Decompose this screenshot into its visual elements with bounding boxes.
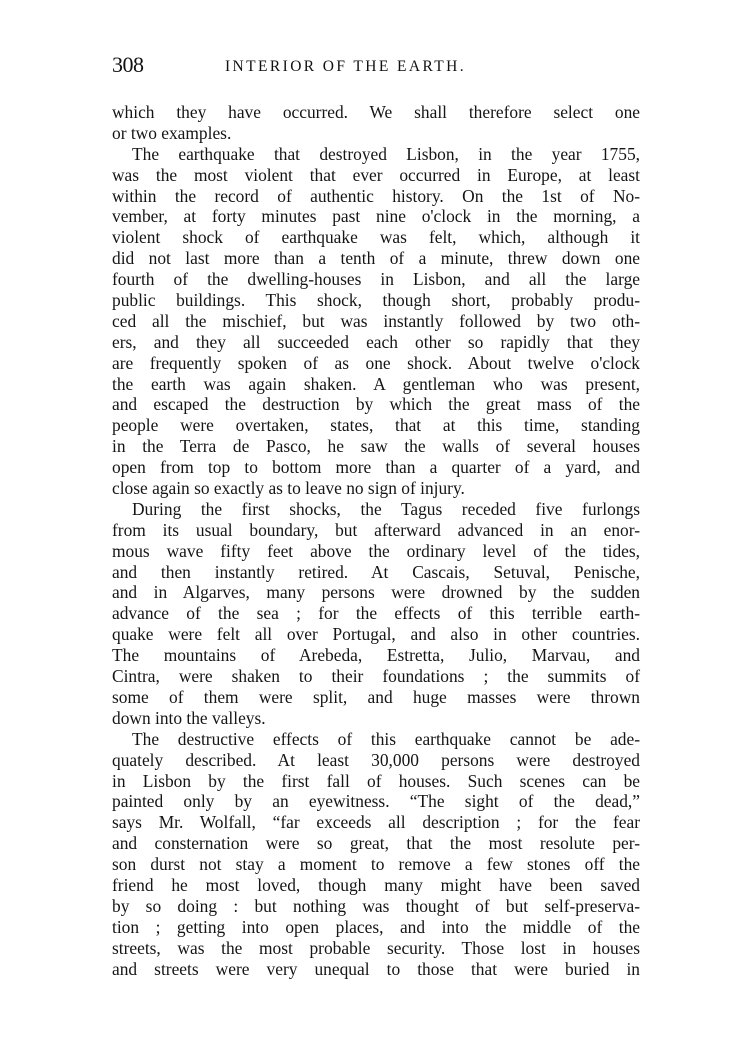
text-line: was the most violent that ever occurred …: [112, 165, 640, 186]
text-line: says Mr. Wolfall, “far exceeds all descr…: [112, 812, 640, 833]
text-line: The destructive effects of this earthqua…: [112, 729, 640, 750]
text-line: close again so exactly as to leave no si…: [112, 478, 640, 499]
text-line: and streets were very unequal to those t…: [112, 959, 640, 980]
running-head: 308 INTERIOR OF THE EARTH.: [112, 52, 640, 78]
text-line: vember, at forty minutes past nine o'clo…: [112, 206, 640, 227]
text-line: ced all the mischief, but was instantly …: [112, 311, 640, 332]
text-line: During the first shocks, the Tagus reced…: [112, 499, 640, 520]
text-line: painted only by an eyewitness. “The sigh…: [112, 791, 640, 812]
paragraph: During the first shocks, the Tagus reced…: [112, 499, 640, 729]
text-line: Cintra, were shaken to their foundations…: [112, 666, 640, 687]
text-line: some of them were split, and huge masses…: [112, 687, 640, 708]
text-line: fourth of the dwelling-houses in Lisbon,…: [112, 269, 640, 290]
text-line: open from top to bottom more than a quar…: [112, 457, 640, 478]
text-line: the earth was again shaken. A gentleman …: [112, 374, 640, 395]
text-line: The earthquake that destroyed Lisbon, in…: [112, 144, 640, 165]
text-line: friend he most loved, though many might …: [112, 875, 640, 896]
text-line: violent shock of earthquake was felt, wh…: [112, 227, 640, 248]
text-line: are frequently spoken of as one shock. A…: [112, 353, 640, 374]
text-line: ers, and they all succeeded each other s…: [112, 332, 640, 353]
text-line: or two examples.: [112, 123, 640, 144]
text-line: quake were felt all over Portugal, and a…: [112, 624, 640, 645]
text-line: and escaped the destruction by which the…: [112, 394, 640, 415]
text-line: by so doing : but nothing was thought of…: [112, 896, 640, 917]
text-line: mous wave fifty feet above the ordinary …: [112, 541, 640, 562]
text-line: advance of the sea ; for the effects of …: [112, 603, 640, 624]
body-text: which they have occurred. We shall there…: [112, 102, 640, 979]
text-line: which they have occurred. We shall there…: [112, 102, 640, 123]
paragraph: The earthquake that destroyed Lisbon, in…: [112, 144, 640, 499]
text-line: in Lisbon by the first fall of houses. S…: [112, 771, 640, 792]
text-line: and then instantly retired. At Cascais, …: [112, 562, 640, 583]
text-line: and in Algarves, many persons were drown…: [112, 582, 640, 603]
running-title: INTERIOR OF THE EARTH.: [225, 57, 466, 77]
paragraph: The destructive effects of this earthqua…: [112, 729, 640, 980]
text-line: and consternation were so great, that th…: [112, 833, 640, 854]
paragraph: which they have occurred. We shall there…: [112, 102, 640, 144]
text-line: down into the valleys.: [112, 708, 640, 729]
text-line: from its usual boundary, but afterward a…: [112, 520, 640, 541]
text-line: streets, was the most probable security.…: [112, 938, 640, 959]
text-line: son durst not stay a moment to remove a …: [112, 854, 640, 875]
text-line: public buildings. This shock, though sho…: [112, 290, 640, 311]
text-line: in the Terra de Pasco, he saw the walls …: [112, 436, 640, 457]
text-line: quately described. At least 30,000 perso…: [112, 750, 640, 771]
text-line: tion ; getting into open places, and int…: [112, 917, 640, 938]
text-line: did not last more than a tenth of a minu…: [112, 248, 640, 269]
book-page: 308 INTERIOR OF THE EARTH. which they ha…: [0, 0, 750, 1050]
text-line: The mountains of Arebeda, Estretta, Juli…: [112, 645, 640, 666]
text-line: within the record of authentic history. …: [112, 186, 640, 207]
page-number: 308: [112, 52, 144, 78]
text-line: people were overtaken, states, that at t…: [112, 415, 640, 436]
